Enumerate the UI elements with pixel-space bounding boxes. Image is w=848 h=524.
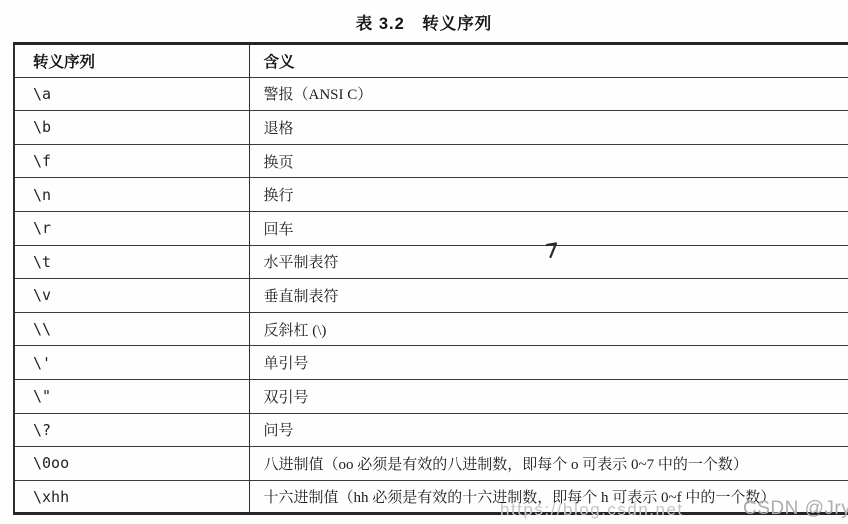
escape-sequence-cell: \b: [14, 111, 249, 145]
table-row: \v 垂直制表符: [14, 279, 848, 313]
escape-sequence-cell: \?: [14, 413, 249, 447]
escape-sequence-cell: \xhh: [14, 480, 249, 514]
escape-sequence-cell: \f: [14, 144, 249, 178]
book-page-scan: 表 3.2 转义序列 转义序列 含义 \a 警报（ANSI C） \b 退格 \…: [0, 0, 848, 524]
meaning-cell: 垂直制表符: [249, 279, 848, 313]
meaning-cell: 退格: [249, 111, 848, 145]
escape-sequence-cell: \r: [14, 211, 249, 245]
table-header-row: 转义序列 含义: [14, 44, 848, 78]
meaning-cell: 双引号: [249, 379, 848, 413]
cursor-artifact-icon: [544, 241, 560, 261]
column-header-sequence: 转义序列: [14, 44, 249, 78]
table-row: \" 双引号: [14, 379, 848, 413]
meaning-cell: 警报（ANSI C）: [249, 77, 848, 111]
escape-sequence-cell: \t: [14, 245, 249, 279]
table-row: \b 退格: [14, 111, 848, 145]
table-row: \0oo 八进制值（oo 必须是有效的八进制数，即每个 o 可表示 0~7 中的…: [14, 447, 848, 481]
escape-sequence-cell: \': [14, 346, 249, 380]
escape-sequence-cell: \\: [14, 312, 249, 346]
table-row: \' 单引号: [14, 346, 848, 380]
table-row: \? 问号: [14, 413, 848, 447]
escape-sequence-cell: \v: [14, 279, 249, 313]
escape-sequence-cell: \n: [14, 178, 249, 212]
table-caption: 表 3.2 转义序列: [0, 10, 848, 34]
table-row: \f 换页: [14, 144, 848, 178]
escape-sequence-cell: \": [14, 379, 249, 413]
table-row: \r 回车: [14, 211, 848, 245]
escape-sequence-cell: \0oo: [14, 447, 249, 481]
table-row: \xhh 十六进制值（hh 必须是有效的十六进制数，即每个 h 可表示 0~f …: [14, 480, 848, 514]
table-row: \a 警报（ANSI C）: [14, 77, 848, 111]
table-row: \t 水平制表符: [14, 245, 848, 279]
meaning-cell: 单引号: [249, 346, 848, 380]
meaning-cell: 换行: [249, 178, 848, 212]
table-row: \\ 反斜杠 (\): [14, 312, 848, 346]
meaning-cell: 问号: [249, 413, 848, 447]
meaning-cell: 十六进制值（hh 必须是有效的十六进制数，即每个 h 可表示 0~f 中的一个数…: [249, 480, 848, 514]
column-header-meaning: 含义: [249, 44, 848, 78]
meaning-cell: 反斜杠 (\): [249, 312, 848, 346]
meaning-cell: 八进制值（oo 必须是有效的八进制数，即每个 o 可表示 0~7 中的一个数）: [249, 447, 848, 481]
meaning-cell: 换页: [249, 144, 848, 178]
escape-sequence-cell: \a: [14, 77, 249, 111]
table-row: \n 换行: [14, 178, 848, 212]
escape-sequence-table: 转义序列 含义 \a 警报（ANSI C） \b 退格 \f 换页 \n 换行 …: [13, 42, 848, 515]
